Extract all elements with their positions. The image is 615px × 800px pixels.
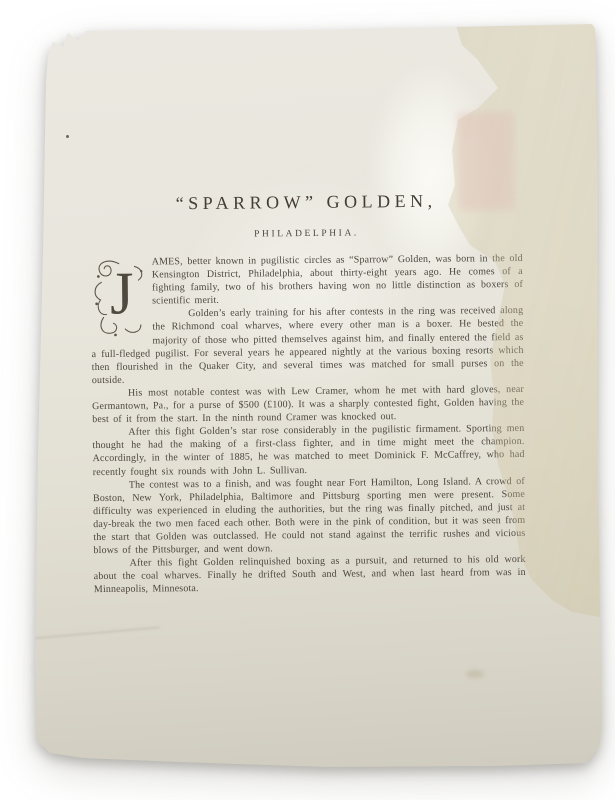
floral-flourish-icon: J — [91, 257, 148, 340]
paragraph-4: After this fight Golden’s star rose cons… — [92, 422, 524, 479]
paper-sheet: “SPARROW” GOLDEN, PHILADELPHIA. — [28, 22, 604, 770]
dropcap-letter: J — [110, 260, 134, 327]
paragraph-3: His most notable contest was with Lew Cr… — [92, 383, 524, 426]
printed-content: “SPARROW” GOLDEN, PHILADELPHIA. — [90, 190, 526, 597]
paragraph-1: AMES, better known in pugilistic circles… — [91, 252, 523, 309]
photographed-page: “SPARROW” GOLDEN, PHILADELPHIA. — [0, 0, 615, 800]
article-body: J AMES, better known in pugilistic circl… — [91, 252, 526, 597]
paragraph-2: Golden’s early training for his after co… — [91, 304, 524, 387]
paper-speck — [66, 135, 69, 138]
paper-smudge — [466, 670, 484, 678]
page-subtitle: PHILADELPHIA. — [90, 227, 522, 241]
paper-crease — [30, 626, 160, 639]
ornamental-dropcap: J — [91, 257, 148, 340]
page-title: “SPARROW” GOLDEN, — [90, 190, 522, 215]
paragraph-5: The contest was to a finish, and was fou… — [93, 475, 526, 558]
paragraph-6: After this fight Golden relinquished box… — [94, 553, 526, 596]
